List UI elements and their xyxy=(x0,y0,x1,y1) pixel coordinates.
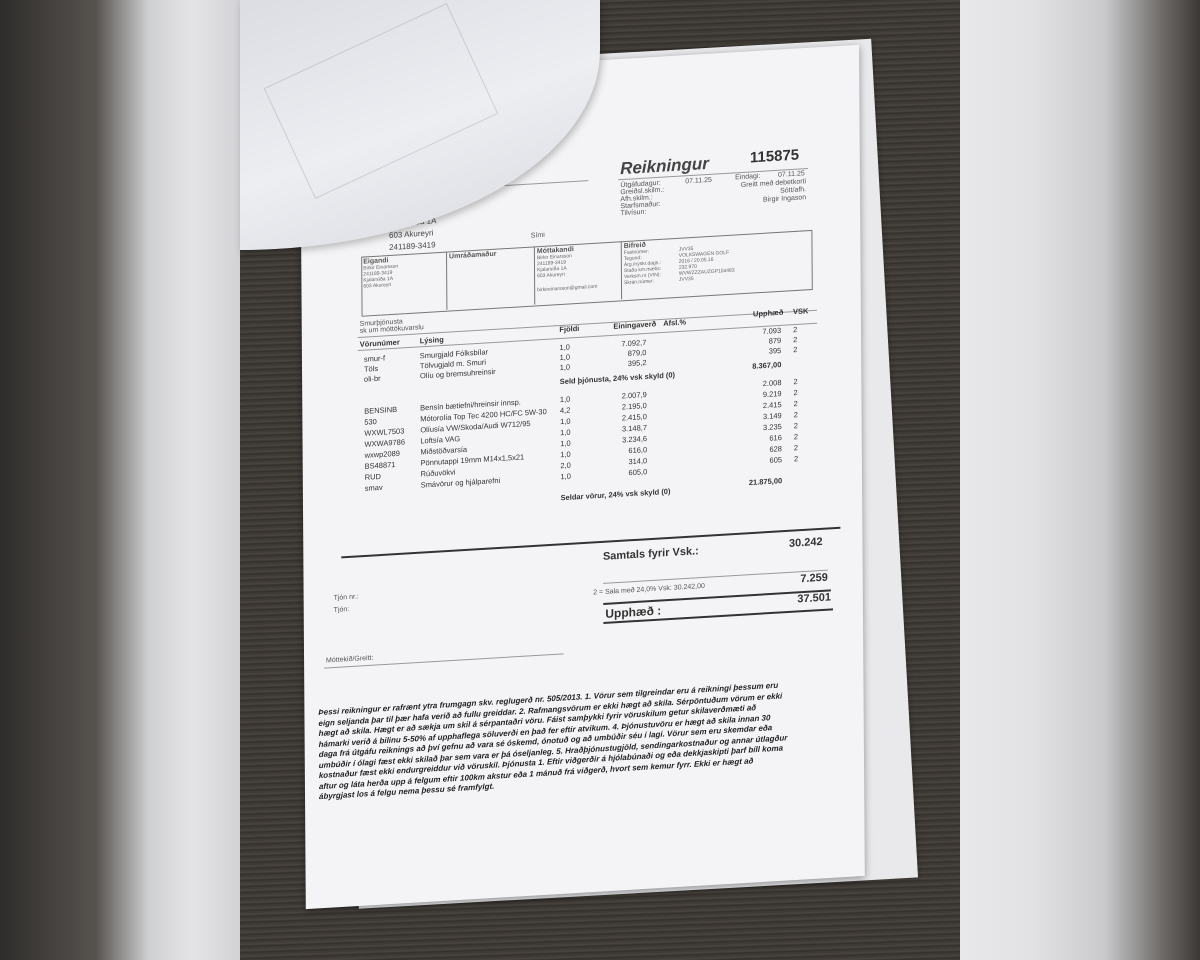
line-item-vat: 2 xyxy=(793,377,803,387)
line-item-unit: 616,0 xyxy=(602,445,647,457)
line-item-qty: 1,0 xyxy=(560,352,580,362)
line-item-item: BENSINB xyxy=(364,404,414,416)
line-item-qty: 1,0 xyxy=(560,394,580,404)
line-item-amount: 2.415 xyxy=(742,400,782,411)
line-item-amount: 605 xyxy=(742,455,782,466)
line-item-item: WXWA9786 xyxy=(364,437,414,449)
line-item-vat: 2 xyxy=(793,325,803,335)
line-item-qty: 1,0 xyxy=(560,438,580,448)
line-item-unit: 2.007,9 xyxy=(602,390,647,402)
line-item-vat: 2 xyxy=(794,421,804,431)
claim-label: Tjón: xyxy=(334,606,350,614)
line-item-unit: 2.195,0 xyxy=(602,401,647,413)
line-item-item: BS48871 xyxy=(365,459,415,471)
blurred-background-left xyxy=(0,0,240,960)
col-unit: Einingaverð xyxy=(613,319,656,331)
goods-subtotal: 21.875,00 xyxy=(732,476,782,488)
line-item-amount: 9.219 xyxy=(742,389,782,400)
line-item-amount: 3.235 xyxy=(742,422,782,433)
payer-phone-label: Sími xyxy=(531,232,545,240)
line-item-item: oli-br xyxy=(364,372,414,384)
line-item-vat: 2 xyxy=(794,432,804,442)
line-item-vat: 2 xyxy=(794,388,804,398)
vat-line-label: 2 = Sala með 24,0% Vsk: 30.242,00 xyxy=(593,583,705,597)
pre-vat-label: Samtals fyrir Vsk.: xyxy=(603,545,699,563)
line-item-unit: 2.415,0 xyxy=(602,412,647,424)
line-item-qty: 4,2 xyxy=(560,405,580,415)
line-item-amount: 395 xyxy=(741,346,781,357)
col-desc: Lýsing xyxy=(420,335,444,345)
line-item-vat: 2 xyxy=(794,410,804,420)
pre-vat-value: 30.242 xyxy=(743,536,823,553)
line-item-vat: 2 xyxy=(794,454,804,464)
line-item-amount: 2.008 xyxy=(742,378,782,389)
line-item-item: 530 xyxy=(364,415,414,427)
line-item-item: wxwp2089 xyxy=(365,448,415,460)
line-item-vat: 2 xyxy=(794,399,804,409)
services-subtotal: 8.367,00 xyxy=(731,360,781,372)
col-qty: Fjöldi xyxy=(559,324,579,334)
line-item-qty: 1,0 xyxy=(560,362,580,372)
line-item-unit: 3.148,7 xyxy=(602,423,647,435)
line-item-unit: 395,2 xyxy=(602,358,647,370)
line-item-qty: 1,0 xyxy=(560,342,580,352)
payer-kt: 241189-3419 xyxy=(389,240,436,252)
col-vat: VSK xyxy=(793,306,808,316)
line-item-amount: 628 xyxy=(742,444,782,455)
line-item-item: smav xyxy=(365,481,415,493)
line-item-unit: 3.234,6 xyxy=(602,434,647,446)
line-item-vat: 2 xyxy=(793,345,803,355)
col-disc: Afsl.% xyxy=(663,318,686,328)
line-item-item: WXWL7503 xyxy=(364,426,414,438)
meta-labels: Útgáfudagur: Greiðsl.skilm.: Afh.skilm.:… xyxy=(620,180,664,218)
line-item-vat: 2 xyxy=(793,335,803,345)
received-label: Móttekið/Greitt: xyxy=(326,655,373,665)
receiver-block: Móttakandi Birkir Einarsson 241189-3419 … xyxy=(537,244,617,294)
line-item-unit: 605,0 xyxy=(602,467,647,479)
line-item-qty: 1,0 xyxy=(560,449,580,459)
col-amount: Upphæð xyxy=(753,308,783,319)
line-item-unit: 314,0 xyxy=(602,456,647,468)
line-item-qty: 1,0 xyxy=(560,416,580,426)
line-item-qty: 2,0 xyxy=(560,460,580,470)
line-item-vat: 2 xyxy=(794,443,804,453)
line-item-qty: 1,0 xyxy=(560,471,580,481)
legal-terms: Þessi reikningur er rafrænt ytra frumgag… xyxy=(318,680,788,803)
services-subtotal-label: Seld þjónusta, 24% vsk skyld (0) xyxy=(560,370,675,386)
goods-subtotal-label: Seldar vörur, 24% vsk skyld (0) xyxy=(561,487,671,503)
invoice-number: 115875 xyxy=(750,147,799,167)
line-item-amount: 3.149 xyxy=(742,411,782,422)
line-item-amount: 616 xyxy=(742,433,782,444)
claim-no-label: Tjón nr.: xyxy=(334,593,359,602)
line-item-item: RUD xyxy=(365,470,415,482)
blurred-background-right xyxy=(960,0,1200,960)
line-item-qty: 1,0 xyxy=(560,427,580,437)
